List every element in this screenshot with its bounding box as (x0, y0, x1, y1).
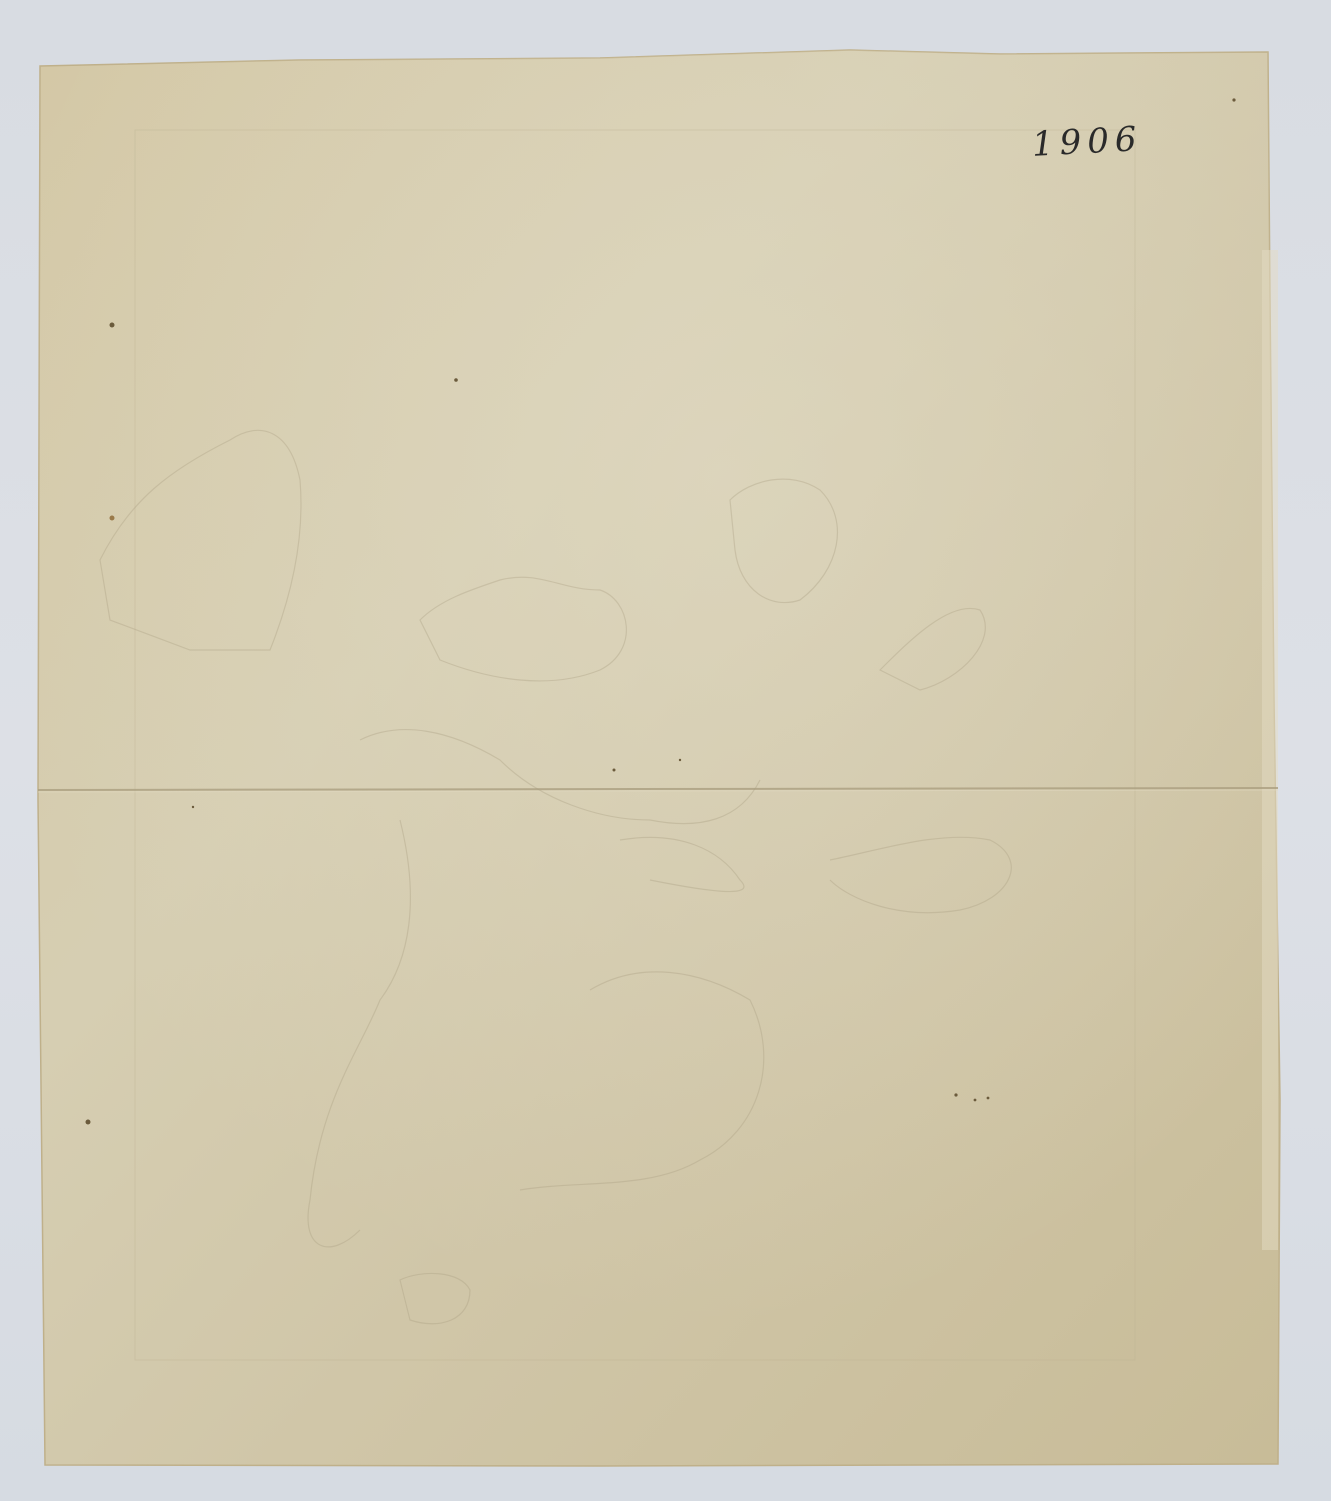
paper-sheet (0, 0, 1331, 1501)
handwritten-year: 1906 (1031, 119, 1143, 165)
